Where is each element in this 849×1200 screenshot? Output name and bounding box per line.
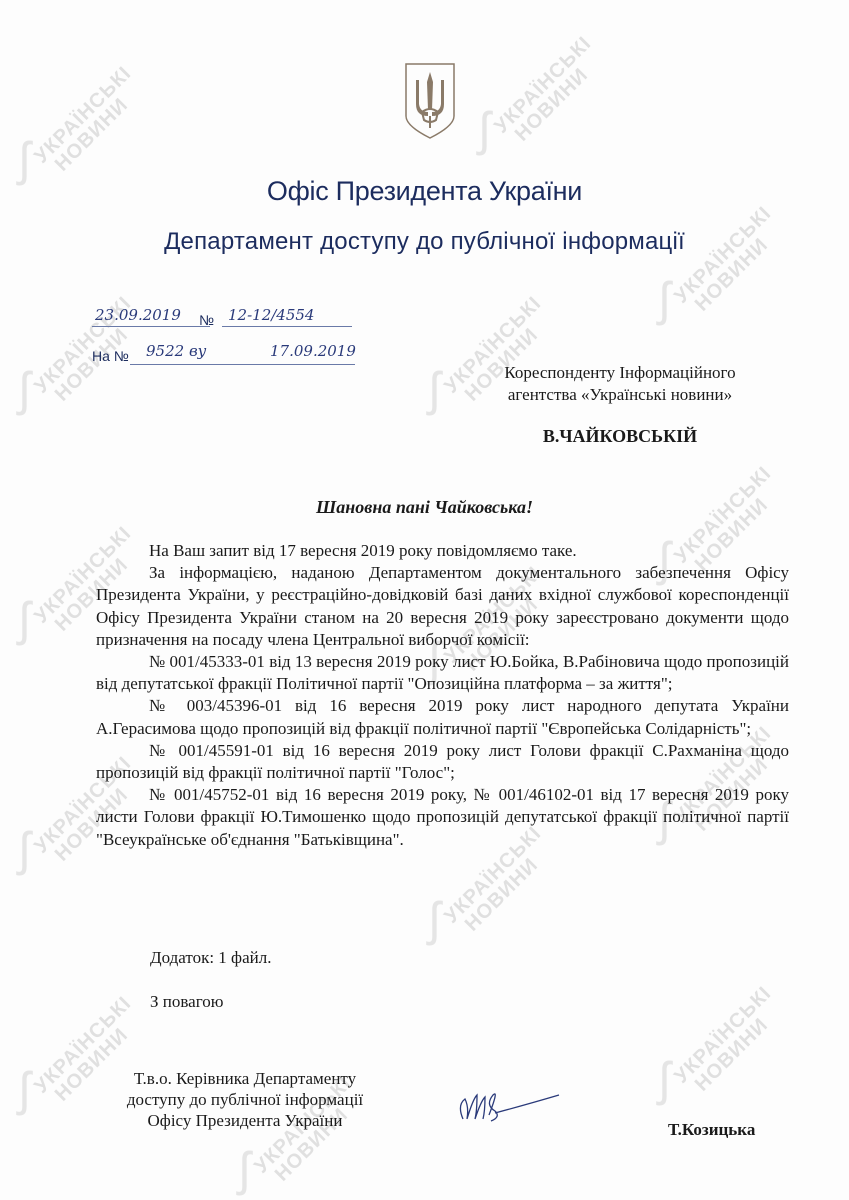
recipient-name: В.ЧАЙКОВСЬКІЙ	[470, 426, 770, 447]
watermark: ʃУКРАЇНСЬКІНОВИНИ	[654, 977, 790, 1113]
body-paragraph: № 001/45333-01 від 13 вересня 2019 року …	[96, 651, 789, 695]
closing: З повагою	[150, 992, 223, 1012]
addressee-line: агентства «Українські новини»	[470, 384, 770, 406]
signer-line: доступу до публічної інформації	[80, 1089, 410, 1110]
outgoing-date: 23.09.2019	[95, 306, 181, 324]
signer-line: Т.в.о. Керівника Департаменту	[80, 1068, 410, 1089]
trident-coat-of-arms-icon	[402, 60, 458, 140]
signer-line: Офісу Президента України	[80, 1110, 410, 1131]
watermark: ʃУКРАЇНСЬКІНОВИНИ	[474, 27, 610, 163]
signer-title: Т.в.о. Керівника Департаменту доступу до…	[80, 1068, 410, 1131]
date-underline	[92, 326, 210, 327]
reply-to-date: 17.09.2019	[270, 342, 356, 360]
reply-to-label: На №	[92, 348, 129, 364]
body-paragraph: № 003/45396-01 від 16 вересня 2019 року …	[96, 695, 789, 739]
watermark: ʃУКРАЇНСЬКІНОВИНИ	[654, 197, 790, 333]
organization-title: Офіс Президента України	[0, 176, 849, 207]
reply-to-number: 9522 ву	[146, 342, 206, 360]
number-underline	[222, 326, 352, 327]
body-paragraph: № 001/45752-01 від 16 вересня 2019 року,…	[96, 784, 789, 851]
addressee-line: Кореспонденту Інформаційного	[470, 362, 770, 384]
body-paragraph: № 001/45591-01 від 16 вересня 2019 року …	[96, 740, 789, 784]
number-label: №	[199, 312, 214, 328]
watermark: ʃУКРАЇНСЬКІНОВИНИ	[14, 57, 150, 193]
reply-underline	[130, 364, 355, 365]
body-paragraph: За інформацією, наданою Департаментом до…	[96, 562, 789, 651]
outgoing-number: 12-12/4554	[228, 306, 314, 324]
body-paragraph: На Ваш запит від 17 вересня 2019 року по…	[96, 540, 789, 562]
letter-body: На Ваш запит від 17 вересня 2019 року по…	[96, 540, 789, 851]
salutation: Шановна пані Чайковська!	[0, 497, 849, 518]
handwritten-signature-icon	[455, 1085, 565, 1125]
addressee-block: Кореспонденту Інформаційного агентства «…	[470, 362, 770, 406]
attachment-note: Додаток: 1 файл.	[150, 948, 271, 968]
signer-name: Т.Козицька	[668, 1120, 755, 1140]
department-title: Департамент доступу до публічної інформа…	[0, 228, 849, 256]
